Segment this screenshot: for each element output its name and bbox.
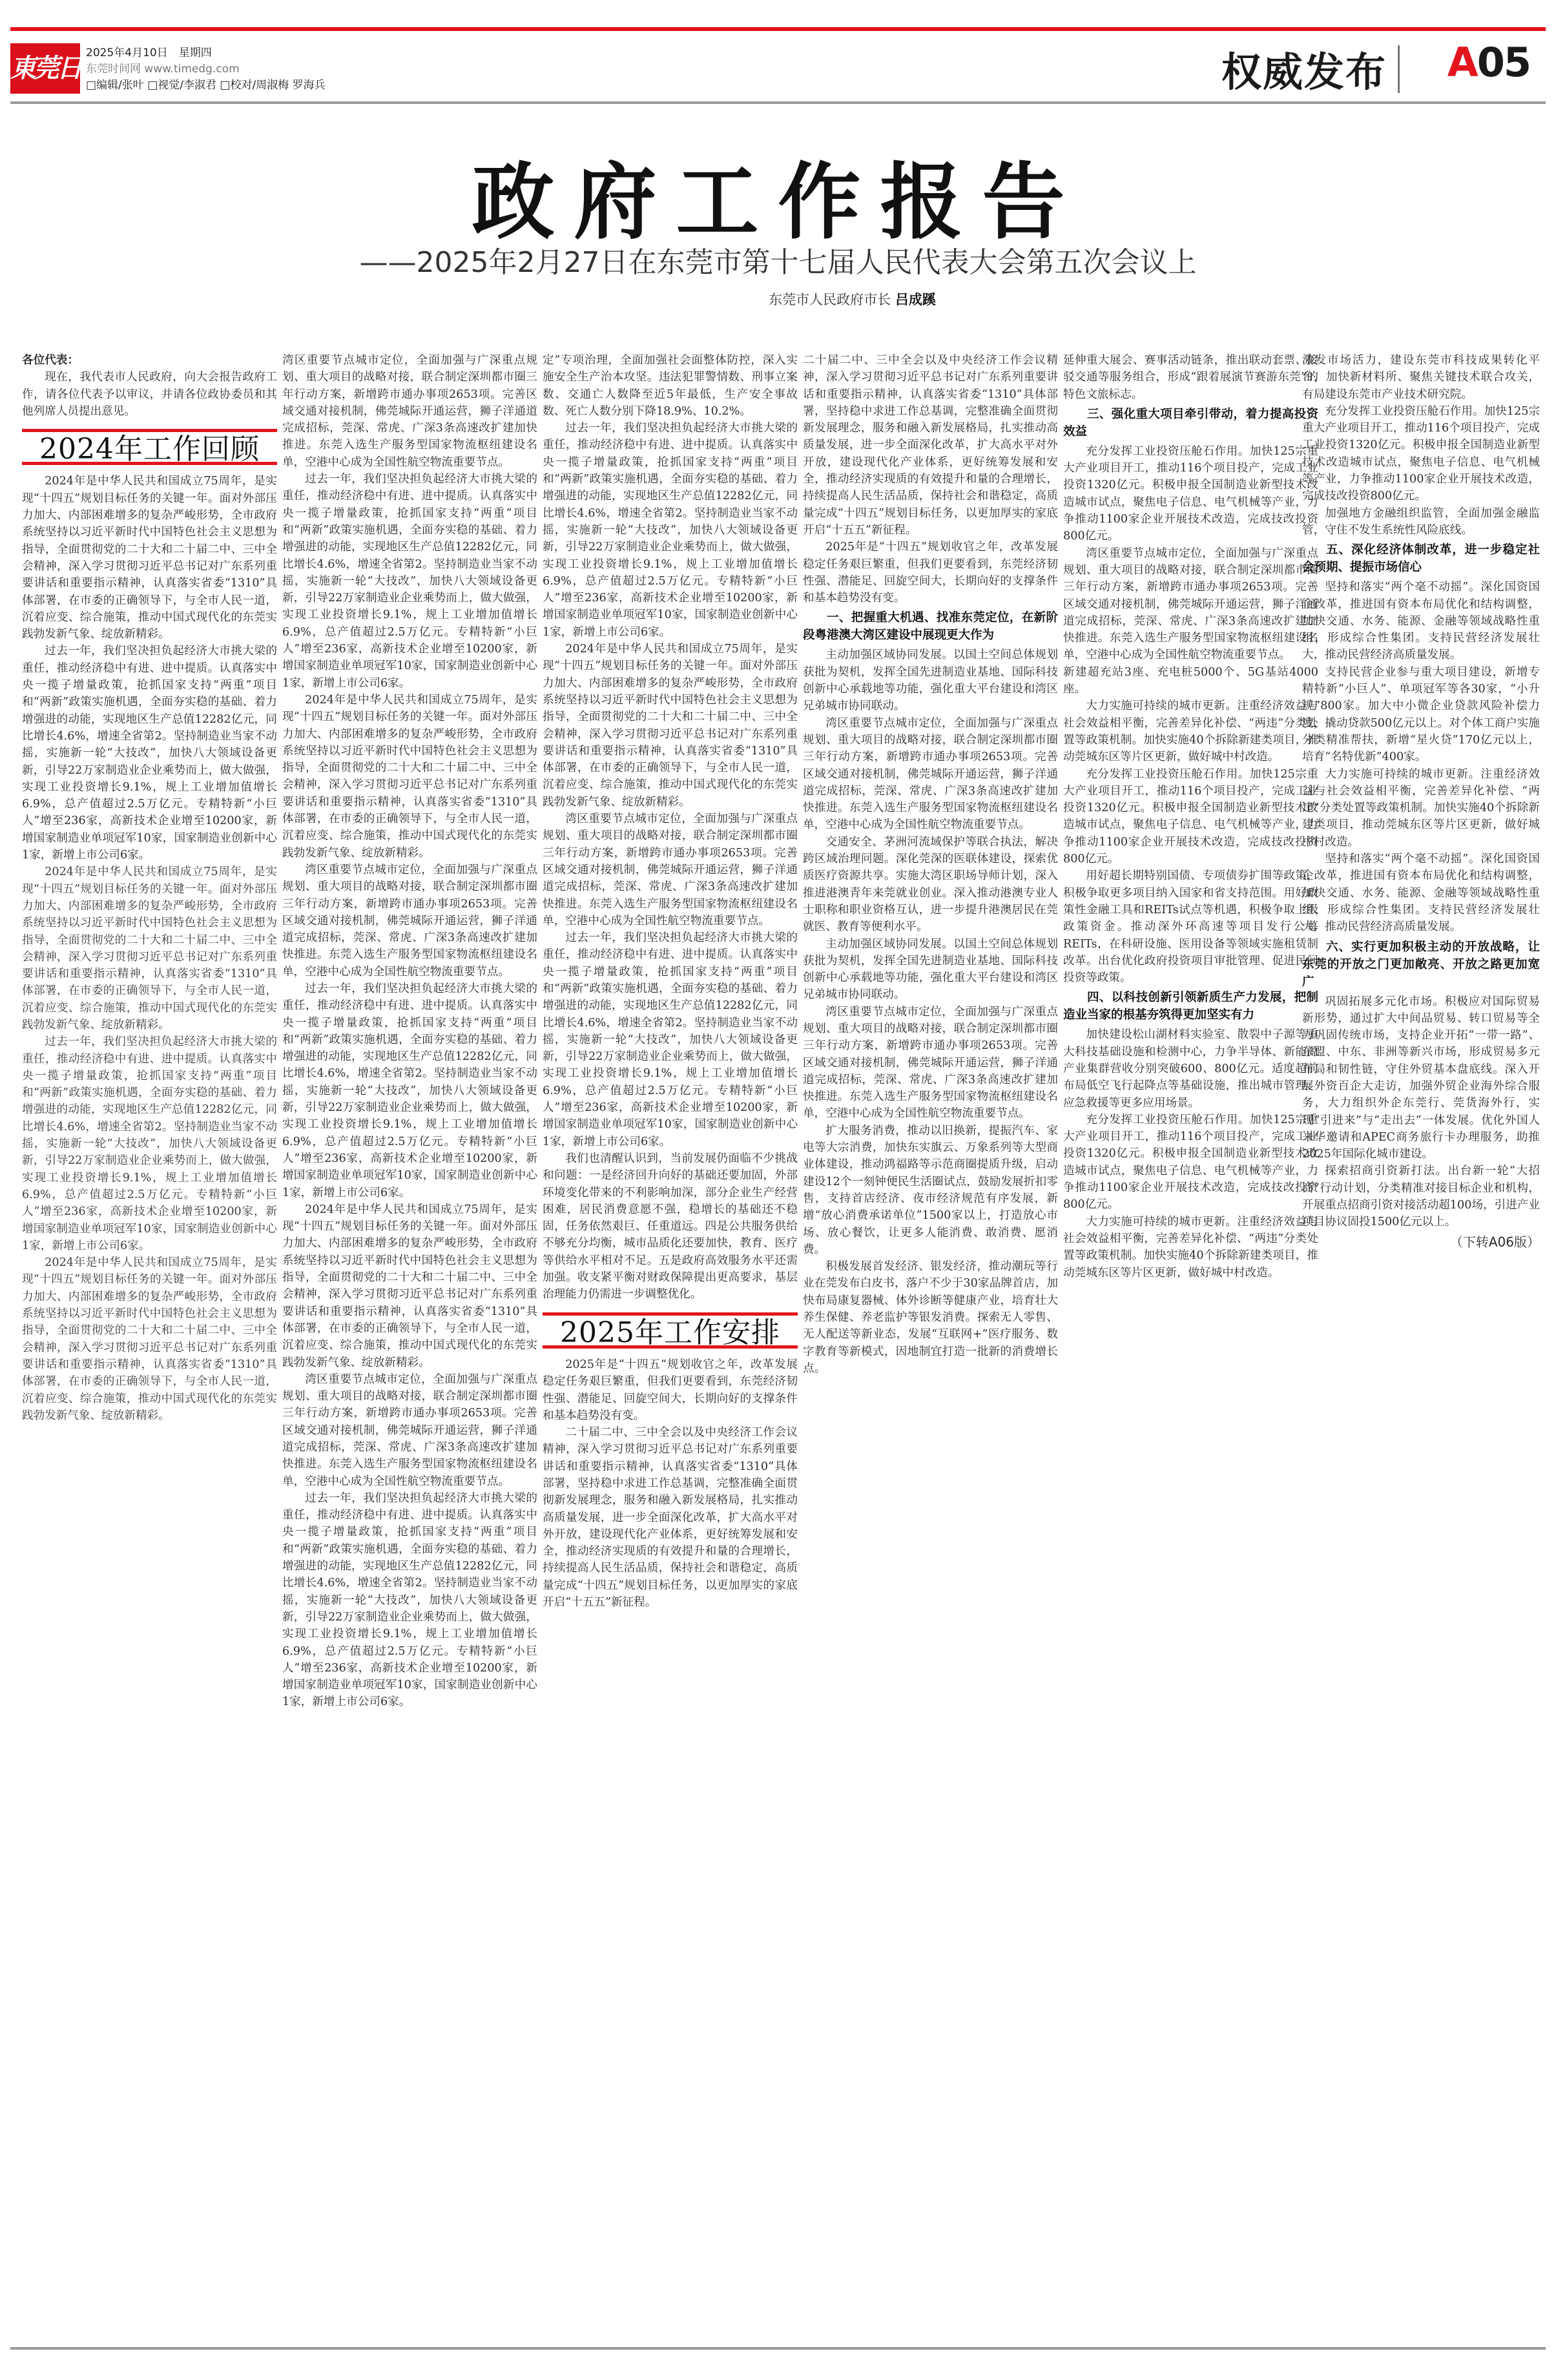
article-subheadline: ——2025年2月27日在东莞市第十七届人民代表大会第五次会议上 (0, 239, 1556, 280)
section-heading-review: 2024年工作回顾 (22, 441, 277, 458)
paragraph: 湾区重要节点城市定位，全面加强与广深重点规划、重大项目的战略对接，联合制定深圳都… (1063, 545, 1318, 664)
masthead-bottom-rule (10, 101, 1546, 104)
paragraph: 过去一年，我们坚决担负起经济大市挑大梁的重任，推动经济稳中有进、进中提质。认真落… (22, 643, 277, 864)
paragraph-risks: 我们也清醒认识到，当前发展仍面临不少挑战和问题：一是经济回升向好的基础还要加固，… (543, 1150, 798, 1303)
paragraph: 过去一年，我们坚决担负起经济大市挑大梁的重任，推动经济稳中有进、进中提质。认真落… (22, 1033, 277, 1254)
paragraph: 2024年是中华人民共和国成立75周年，是实现“十四五”规划目标任务的关键一年。… (282, 1201, 537, 1371)
paragraph: 巩固拓展多元化市场。积极应对国际贸易新形势，通过扩大中间品贸易、转口贸易等全力巩… (1302, 993, 1540, 1163)
article-headline: 政府工作报告 (0, 136, 1556, 254)
subsection-heading-1: 一、把握重大机遇、找准东莞定位，在新阶段粤港澳大湾区建设中展现更大作为 (803, 609, 1058, 644)
column-4: 二十届二中、三中全会以及中央经济工作会议精神，深入学习贯彻习近平总书记对广东系列… (803, 352, 1058, 1377)
page-prefix: A (1447, 39, 1477, 86)
paragraph: 湾区重要节点城市定位，全面加强与广深重点规划、重大项目的战略对接，联合制定深圳都… (282, 862, 537, 980)
paragraph: 大力实施可持续的城市更新。注重经济效益与社会效益相平衡，完善差异化补偿、“两违”… (1302, 766, 1540, 851)
paragraph: 过去一年，我们坚决担负起经济大市挑大梁的重任，推动经济稳中有进、进中提质。认真落… (543, 929, 798, 1150)
column-3: 定”专项治理，全面加强社会面整体防控，深入实施安全生产治本攻坚。违法犯罪警情数、… (543, 352, 798, 1611)
paragraph: 交通安全、茅洲河流域保护等联合执法，解决跨区域治理问题。深化莞深的医联体建设，探… (803, 834, 1058, 936)
paragraph: 定”专项治理，全面加强社会面整体防控，深入实施安全生产治本攻坚。违法犯罪警情数、… (543, 352, 798, 420)
paragraph: 主动加强区域协同发展。以国土空间总体规划获批为契机，发挥全国先进制造业基地、国际… (803, 936, 1058, 1004)
paragraph: 湾区重要节点城市定位，全面加强与广深重点规划、重大项目的战略对接，联合制定深圳都… (543, 811, 798, 929)
paragraph: 充分发挥工业投资压舱石作用。加快125宗重大产业项目开工，推动116个项目投产，… (1302, 403, 1540, 505)
section-rule (22, 429, 277, 432)
issue-date: 2025年4月10日 星期四 (86, 45, 326, 61)
website-link[interactable]: 东莞时间网 www.timedg.com (86, 61, 326, 78)
paragraph: 过去一年，我们坚决担负起经济大市挑大梁的重任，推动经济稳中有进、进中提质。认真落… (282, 980, 537, 1201)
subsection-heading-5: 五、深化经济体制改革，进一步稳定社会预期、提振市场信心 (1302, 541, 1540, 576)
continued-on-page-note[interactable]: （下转A06版） (1302, 1234, 1540, 1250)
subsection-heading-4: 四、以科技创新引领新质生产力发展，把制造业当家的根基夯筑得更加坚实有力 (1063, 989, 1318, 1024)
intro-paragraph: 现在，我代表市人民政府，向大会报告政府工作，请各位代表予以审议，并请各位政协委员… (22, 369, 277, 420)
section-rule (543, 1312, 798, 1316)
subsection-heading-6: 六、实行更加积极主动的开放战略，让东莞的开放之门更加敞亮、开放之路更加宽广 (1302, 938, 1540, 991)
paragraph: 湾区重要节点城市定位，全面加强与广深重点规划、重大项目的战略对接，联合制定深圳都… (803, 715, 1058, 834)
paragraph: 2024年是中华人民共和国成立75周年，是实现“十四五”规划目标任务的关键一年。… (22, 473, 277, 643)
paragraph: 探索招商引资新打法。出台新一轮“大招商”行动计划，分类精准对接目标企业和机构，开… (1302, 1163, 1540, 1230)
section-title: 权威发布 (1221, 40, 1387, 98)
column-5: 延伸重大展会、赛事活动链条，推出联动套票、接驳交通等服务组合，形成“跟着展演节赛… (1063, 352, 1318, 1281)
paragraph: 过去一年，我们坚决担负起经济大市挑大梁的重任，推动经济稳中有进、进中提质。认真落… (543, 420, 798, 641)
masthead-top-rule (10, 27, 1546, 31)
salutation: 各位代表： (22, 352, 277, 369)
paragraph: 支持民营企业参与重大项目建设，新增专精特新“小巨人”、单项冠军等各30家，“小升… (1302, 664, 1540, 766)
paragraph: 扩大服务消费，推动以旧换新，提振汽车、家电等大宗消费，加快东实旗云、万象系列等大… (803, 1123, 1058, 1258)
paragraph: 积极发展首发经济、银发经济，推动潮玩等行业在莞发布白皮书，落户不少于30家品牌首… (803, 1258, 1058, 1377)
subsection-heading-3: 三、强化重大项目牵引带动，着力提高投资效益 (1063, 406, 1318, 440)
paragraph: 湾区重要节点城市定位，全面加强与广深重点规划、重大项目的战略对接，联合制定深圳都… (803, 1004, 1058, 1123)
paragraph: 坚持和落实“两个毫不动摇”。深化国资国企改革，推进国有资本布局优化和结构调整，加… (1302, 851, 1540, 935)
page-number: A05 (1447, 39, 1530, 86)
column-1: 各位代表： 现在，我代表市人民政府，向大会报告政府工作，请各位代表予以审议，并请… (22, 352, 277, 1424)
paragraph: 主动加强区域协同发展。以国土空间总体规划获批为契机，发挥全国先进制造业基地、国际… (803, 647, 1058, 714)
paragraph: 湾区重要节点城市定位，全面加强与广深重点规划、重大项目的战略对接，联合制定深圳都… (282, 352, 537, 471)
byline-name: 吕成蹊 (895, 292, 936, 307)
paragraph: 坚持和落实“两个毫不动摇”。深化国资国企改革，推进国有资本布局优化和结构调整，加… (1302, 579, 1540, 663)
section-heading-plan: 2025年工作安排 (543, 1325, 798, 1341)
paragraph: 新建超充站3座、充电桩5000个、5G基站4000座。 (1063, 664, 1318, 698)
byline: 东莞市人民政府市长 吕成蹊 (0, 289, 1556, 309)
paragraph: 过去一年，我们坚决担负起经济大市挑大梁的重任，推动经济稳中有进、进中提质。认真落… (282, 471, 537, 692)
paragraph: 二十届二中、三中全会以及中央经济工作会议精神，深入学习贯彻习近平总书记对广东系列… (803, 352, 1058, 539)
column-6: 激发市场活力，建设东莞市科技成果转化平台，加快新材料所、聚焦关键技术联合攻关，有… (1302, 352, 1540, 1250)
masthead-meta: 2025年4月10日 星期四 东莞时间网 www.timedg.com □编辑/… (86, 45, 326, 94)
paragraph: 湾区重要节点城市定位，全面加强与广深重点规划、重大项目的战略对接，联合制定深圳都… (282, 1371, 537, 1490)
paragraph: 2025年是“十四五”规划收官之年，改革发展稳定任务艰巨繁重，但我们更要看到，东… (803, 539, 1058, 606)
paragraph: 二十届二中、三中全会以及中央经济工作会议精神，深入学习贯彻习近平总书记对广东系列… (543, 1424, 798, 1611)
paragraph: 过去一年，我们坚决担负起经济大市挑大梁的重任，推动经济稳中有进、进中提质。认真落… (282, 1490, 537, 1711)
paragraph: 延伸重大展会、赛事活动链条，推出联动套票、接驳交通等服务组合，形成“跟着展演节赛… (1063, 352, 1318, 403)
paragraph: 2024年是中华人民共和国成立75周年，是实现“十四五”规划目标任务的关键一年。… (22, 864, 277, 1033)
paragraph: 激发市场活力，建设东莞市科技成果转化平台，加快新材料所、聚焦关键技术联合攻关，有… (1302, 352, 1540, 403)
paragraph: 加强地方金融组织监管，全面加强金融监管，守住不发生系统性风险底线。 (1302, 505, 1540, 539)
page-bottom-rule (10, 2347, 1546, 2350)
section-divider (1398, 45, 1400, 93)
page-digits: 05 (1477, 39, 1530, 86)
paragraph: 大力实施可持续的城市更新。注重经济效益与社会效益相平衡，完善差异化补偿、“两违”… (1063, 1214, 1318, 1281)
credits: □编辑/张叶 □视觉/李淑君 □校对/周淑梅 罗海兵 (86, 78, 326, 94)
paragraph: 充分发挥工业投资压舱石作用。加快125宗重大产业项目开工，推动116个项目投产，… (1063, 443, 1318, 545)
paragraph: 充分发挥工业投资压舱石作用。加快125宗重大产业项目开工，推动116个项目投产，… (1063, 1112, 1318, 1214)
column-2: 湾区重要节点城市定位，全面加强与广深重点规划、重大项目的战略对接，联合制定深圳都… (282, 352, 537, 1711)
paragraph: 大力实施可持续的城市更新。注重经济效益与社会效益相平衡，完善差异化补偿、“两违”… (1063, 698, 1318, 765)
paragraph: 2024年是中华人民共和国成立75周年，是实现“十四五”规划目标任务的关键一年。… (543, 641, 798, 811)
paragraph: 用好超长期特别国债、专项债券扩围等政策，积极争取更多项目纳入国家和省支持范围。用… (1063, 867, 1318, 986)
newspaper-logo: 東莞日報 (10, 43, 80, 94)
paragraph: 2024年是中华人民共和国成立75周年，是实现“十四五”规划目标任务的关键一年。… (282, 692, 537, 862)
byline-role: 东莞市人民政府市长 (769, 292, 891, 307)
paragraph: 2024年是中华人民共和国成立75周年，是实现“十四五”规划目标任务的关键一年。… (22, 1254, 277, 1424)
paragraph: 2025年是“十四五”规划收官之年，改革发展稳定任务艰巨繁重，但我们更要看到，东… (543, 1356, 798, 1424)
paragraph: 充分发挥工业投资压舱石作用。加快125宗重大产业项目开工，推动116个项目投产，… (1063, 766, 1318, 868)
paragraph: 加快建设松山湖材料实验室、散裂中子源等重大科技基础设施和检测中心，力争半导体、新… (1063, 1026, 1318, 1111)
